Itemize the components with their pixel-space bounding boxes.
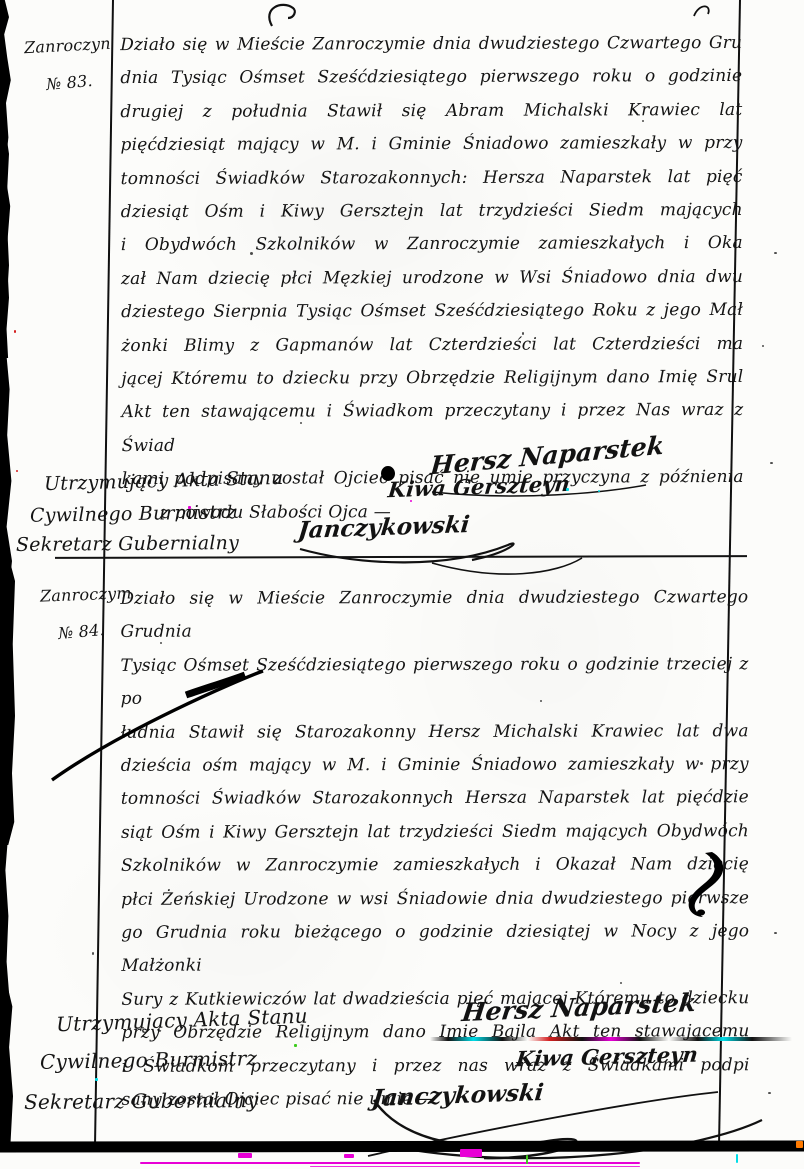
clerk-flourish-2-underline bbox=[400, 1120, 762, 1158]
magenta-artifact-line-2 bbox=[310, 1166, 640, 1167]
green-speck bbox=[294, 1044, 297, 1047]
noise-speck bbox=[770, 462, 773, 464]
record-line: i Obydwóch Szkolników w Zanroczymie zami… bbox=[121, 227, 743, 263]
record-line: tomności Świadków Starozakonnych Hersza … bbox=[121, 782, 749, 817]
clerk-flourish-1-tail bbox=[432, 558, 582, 574]
record-line: siąt Ośm i Kiwy Gersztejn lat trzydzieśc… bbox=[121, 815, 749, 850]
record-line: dzieścia ośm mający w M. i Gminie Śniado… bbox=[121, 748, 749, 783]
scan-edge-chunk-mid bbox=[0, 558, 15, 845]
record-line: pięćdziesiąt mający w M. i Gminie Śniado… bbox=[120, 127, 742, 163]
top-squiggle-left bbox=[269, 5, 295, 26]
ink-dot bbox=[381, 466, 395, 481]
registrar-line-2c: Sekretarz Gubernialny bbox=[24, 1088, 259, 1114]
scan-edge-chunk-upper bbox=[0, 126, 9, 358]
noise-speck bbox=[774, 932, 777, 934]
cyan-speck bbox=[95, 1078, 98, 1081]
noise-speck bbox=[522, 332, 524, 335]
record-separator-line bbox=[55, 555, 747, 559]
record-line: Szkolników w Zanroczymie zamieszkałych i… bbox=[121, 848, 749, 883]
record-line: płci Żeńskiej Urodzone w wsi Śniadowie d… bbox=[121, 882, 749, 917]
noise-speck bbox=[540, 700, 542, 702]
record-line: dziesiąt Ośm i Kiwy Gersztejn lat trzydz… bbox=[121, 194, 743, 230]
record-line: Działo się w Mieście Zanroczymie dnia dw… bbox=[120, 27, 742, 63]
record-line: dziestego Sierpnia Tysiąc Ośmset Sześćdz… bbox=[121, 294, 743, 330]
record-line: dnia Tysiąc Ośmset Sześćdziesiątego pier… bbox=[120, 60, 742, 96]
act-number-2: № 84. bbox=[57, 620, 105, 643]
noise-speck bbox=[774, 252, 777, 254]
noise-speck bbox=[700, 762, 703, 765]
orange-artifact-blob bbox=[796, 1141, 803, 1148]
magenta-speck bbox=[188, 506, 191, 509]
record-line: go Grudnia roku bieżącego o godzinie dzi… bbox=[121, 915, 749, 983]
noise-speck bbox=[300, 422, 302, 424]
noise-speck bbox=[250, 252, 253, 255]
clerk-flourish-1 bbox=[300, 543, 514, 562]
green-artifact-dash bbox=[526, 1155, 528, 1164]
scan-edge-chunk-lower bbox=[0, 982, 13, 1145]
magenta-artifact-blob bbox=[460, 1149, 482, 1157]
record-line: jącej Któremu to dziecku przy Obrzędzie … bbox=[121, 361, 743, 397]
clerk-signature-1: Janczykowski bbox=[297, 511, 471, 544]
registrar-line-2b: Cywilnego Burmistrz bbox=[40, 1046, 258, 1074]
cyan-speck bbox=[566, 488, 569, 491]
noise-speck bbox=[92, 952, 94, 955]
record-line: tomności Świadków Starozakonnych: Hersza… bbox=[121, 161, 743, 197]
noise-speck bbox=[620, 982, 622, 984]
noise-speck bbox=[762, 345, 764, 347]
color-artifact-streak bbox=[430, 1037, 792, 1041]
margin-annotation-place-1: Zanroczyn bbox=[24, 34, 112, 58]
column-rule-left bbox=[94, 0, 114, 1146]
red-speck bbox=[16, 470, 18, 472]
record-line: Działo się w Mieście Zanroczymie dnia dw… bbox=[120, 581, 748, 649]
magenta-artifact-line bbox=[140, 1162, 640, 1164]
red-speck bbox=[14, 330, 16, 333]
noise-speck bbox=[160, 642, 162, 644]
act-number-1: № 83. bbox=[45, 71, 93, 94]
noise-speck bbox=[642, 120, 644, 122]
record-line: drugiej z południa Stawił się Abram Mich… bbox=[120, 94, 742, 130]
scanned-register-page: Zanroczyn № 83. Działo się w Mieście Zan… bbox=[0, 0, 804, 1169]
cyan-speck bbox=[598, 490, 600, 492]
record-line: zał Nam dziecię płci Męzkiej urodzone w … bbox=[121, 261, 743, 297]
record-line: Tysiąc Ośmset Sześćdziesiątego pierwszeg… bbox=[120, 648, 748, 716]
witness-signature-2b: Kiwa Gerszteyn bbox=[515, 1042, 700, 1072]
registrar-line-1c: Sekretarz Gubernialny bbox=[16, 532, 239, 556]
record-line: łudnia Stawił się Starozakonny Hersz Mic… bbox=[121, 715, 749, 750]
magenta-artifact-blob bbox=[238, 1153, 252, 1158]
magenta-artifact-blob bbox=[344, 1154, 354, 1158]
top-squiggle-right bbox=[694, 6, 709, 16]
registrar-line-1b: Cywilnego Burmistrz bbox=[30, 501, 237, 527]
noise-speck bbox=[768, 1092, 771, 1094]
bottom-scan-band bbox=[0, 1140, 804, 1152]
margin-annotation-place-2: Zanroczym bbox=[40, 583, 132, 605]
record-line: żonki Blimy z Gapmanów lat Czterdzieści … bbox=[121, 328, 743, 364]
magenta-speck bbox=[410, 500, 412, 502]
cyan-artifact-dash bbox=[736, 1154, 738, 1163]
